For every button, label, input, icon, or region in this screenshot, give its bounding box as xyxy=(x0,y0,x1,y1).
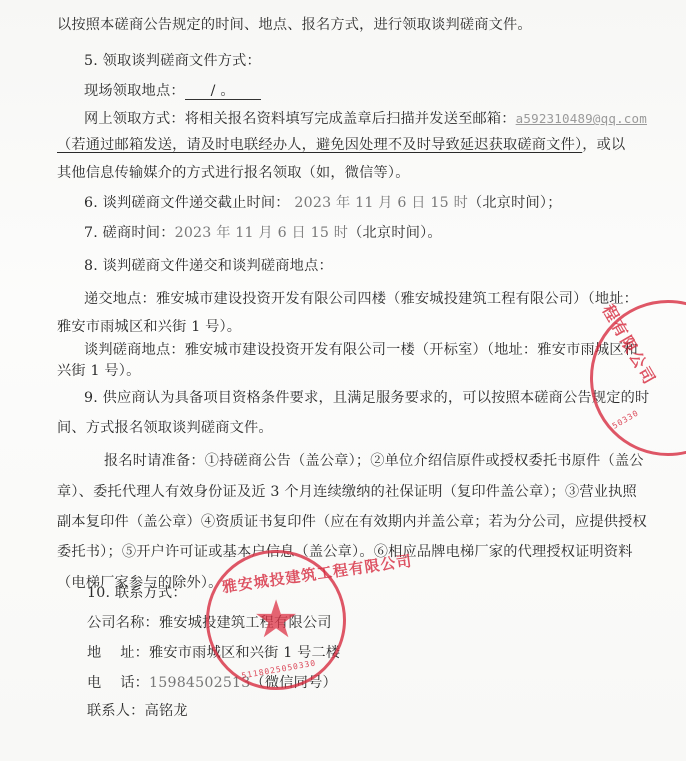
address-label: 地 址： xyxy=(87,645,149,661)
other-media-line: 其他信息传输媒介的方式进行报名领取（如，微信等）。 xyxy=(57,164,410,182)
email-note-line: （若通过邮箱发送，请及时电联经办人，避免因处理不及时导致延迟获取磋商文件），或以 xyxy=(57,136,625,154)
negotiation-time-value: 2023 年 11 月 6 日 15 时 xyxy=(175,225,349,241)
section-10-title: 10. 联系方式： xyxy=(87,584,187,602)
email-note: （若通过邮箱发送，请及时电联经办人，避免因处理不及时导致延迟获取磋商文件） xyxy=(57,137,582,153)
phone-value: 15984502513 xyxy=(149,675,251,691)
deadline-value: 2023 年 11 月 6 日 15 时 xyxy=(290,195,468,211)
online-pickup-line: 网上领取方式：将相关报名资料填写完成盖章后扫描并发送至邮箱：a592310489… xyxy=(84,110,647,128)
deadline-timezone: （北京时间）； xyxy=(468,195,562,211)
negotiation-time-timezone: （北京时间）。 xyxy=(348,225,442,241)
negotiation-place: 谈判磋商地点：雅安城市建设投资开发有限公司一楼（开标室）（地址：雅安市雨城区和 xyxy=(84,341,638,359)
section-5-title: 5. 领取谈判磋商文件方式： xyxy=(84,52,261,70)
submit-place: 递交地点：雅安城市建设投资开发有限公司四楼（雅安城投建筑工程有限公司）（地址： xyxy=(84,290,638,308)
online-pickup-label: 网上领取方式：将相关报名资料填写完成盖章后扫描并发送至邮箱： xyxy=(84,111,516,127)
section-9-line-a: 9. 供应商认为具备项目资格条件要求，且满足服务要求的，可以按照本磋商公告规定的… xyxy=(84,389,649,407)
negotiation-place-cont: 兴街 1 号）。 xyxy=(57,362,140,380)
contact-person: 联系人：高铭龙 xyxy=(87,702,188,720)
company-value: 雅安城投建筑工程有限公司 xyxy=(159,615,332,631)
document-page: 以按照本磋商公告规定的时间、地点、报名方式，进行领取谈判磋商文件。 5. 领取谈… xyxy=(0,0,686,761)
email-link[interactable]: a592310489@qq.com xyxy=(516,111,647,126)
contact-phone: 电 话：15984502513（微信同号） xyxy=(87,674,337,692)
section-8-title: 8. 谈判磋商文件递交和谈判磋商地点： xyxy=(84,257,333,275)
prep-line-c: 副本复印件（盖公章）④资质证书复印件（应在有效期内并盖公章；若为分公司，应提供授… xyxy=(57,513,647,531)
paragraph-intro-tail: 以按照本磋商公告规定的时间、地点、报名方式，进行领取谈判磋商文件。 xyxy=(57,16,532,34)
section-6-deadline: 6. 谈判磋商文件递交截止时间： 2023 年 11 月 6 日 15 时（北京… xyxy=(84,194,562,212)
prep-line-a: 报名时请准备：①持磋商公告（盖公章）；②单位介绍信原件或授权委托书原件（盖公 xyxy=(104,452,644,470)
deadline-label: 6. 谈判磋商文件递交截止时间： xyxy=(84,195,290,211)
onsite-pickup-line: 现场领取地点：/ 。 xyxy=(84,82,261,100)
section-9-line-b: 间、方式报名领取谈判磋商文件。 xyxy=(57,419,273,437)
prep-line-b: 章）、委托代理人有效身份证及近 3 个月连续缴纳的社保证明（复印件盖公章）；③营… xyxy=(57,483,637,501)
phone-note: （微信同号） xyxy=(251,675,337,691)
onsite-pickup-label: 现场领取地点： xyxy=(84,83,185,99)
submit-place-cont: 雅安市雨城区和兴街 1 号）。 xyxy=(57,318,241,336)
person-value: 高铭龙 xyxy=(145,703,188,719)
contact-address: 地 址：雅安市雨城区和兴街 1 号二楼 xyxy=(87,644,340,662)
phone-label: 电 话： xyxy=(87,675,149,691)
contact-company: 公司名称：雅安城投建筑工程有限公司 xyxy=(87,614,332,632)
prep-line-d: 委托书）；⑤开户许可证或基本户信息（盖公章）。⑥相应品牌电梯厂家的代理授权证明资… xyxy=(57,543,633,561)
company-label: 公司名称： xyxy=(87,615,159,631)
address-value: 雅安市雨城区和兴街 1 号二楼 xyxy=(149,645,340,661)
partial-seal: 程有限公司 50330 xyxy=(590,300,686,456)
email-note-tail: ，或以 xyxy=(582,137,625,153)
section-7-negotiation-time: 7. 磋商时间：2023 年 11 月 6 日 15 时（北京时间）。 xyxy=(84,224,442,242)
onsite-pickup-value: / 。 xyxy=(185,83,261,100)
person-label: 联系人： xyxy=(87,703,145,719)
negotiation-time-label: 7. 磋商时间： xyxy=(84,225,175,241)
partial-seal-number: 50330 xyxy=(611,408,641,430)
